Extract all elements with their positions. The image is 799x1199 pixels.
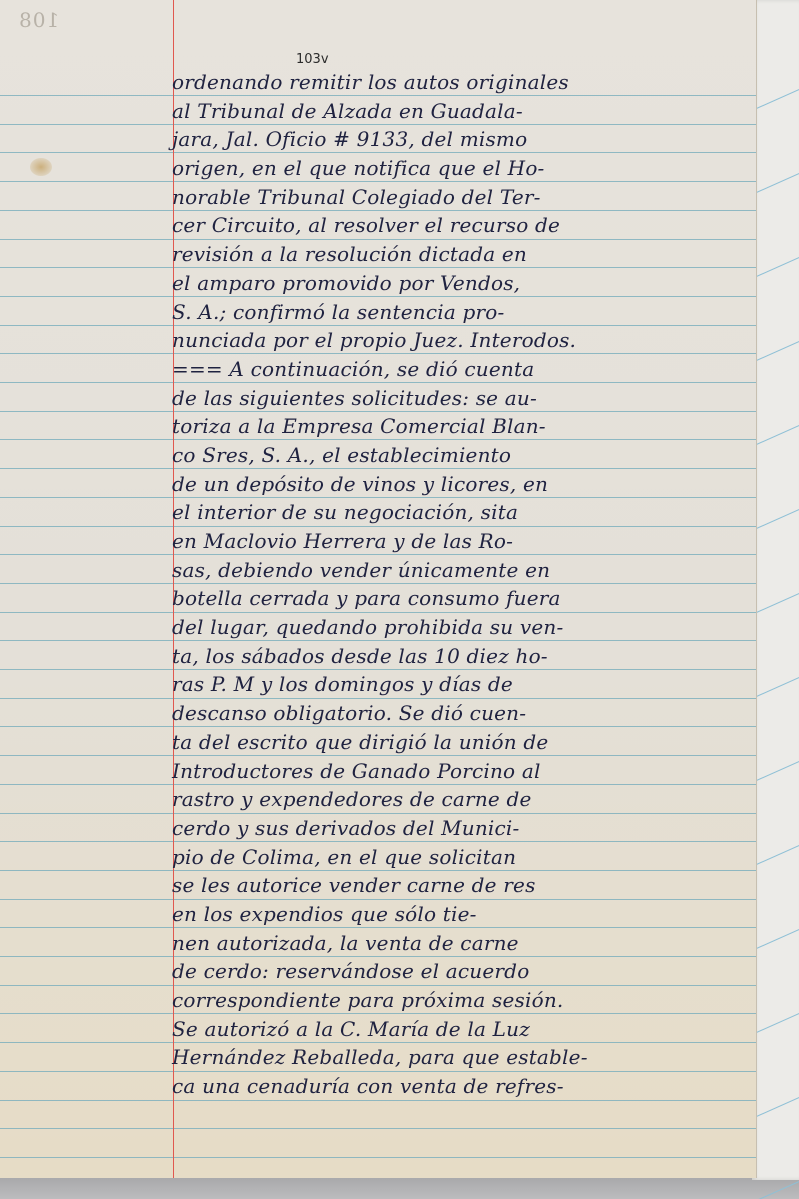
folio-number: 103v [296,52,329,67]
text-line: nunciada por el propio Juez. Interodos. [172,326,762,355]
text-line: de un depósito de vinos y licores, en [172,470,762,499]
text-line: co Sres, S. A., el establecimiento [172,441,762,470]
ruled-line [0,1157,756,1158]
text-line: cer Circuito, al resolver el recurso de [172,211,762,240]
text-line: botella cerrada y para consumo fuera [172,584,762,613]
desk-background [0,1178,799,1199]
ruled-line [0,1128,756,1129]
text-line: se les autorice vender carne de res [172,871,762,900]
handwritten-text-block: ordenando remitir los autos originales a… [172,68,762,1101]
text-line: Introductores de Ganado Porcino al [172,757,762,786]
text-line: ca una cenaduría con venta de refres- [172,1072,762,1101]
text-line: pio de Colima, en el que solicitan [172,843,762,872]
text-line: correspondiente para próxima sesión. [172,986,762,1015]
text-line: rastro y expendedores de carne de [172,785,762,814]
text-line: Hernández Reballeda, para que estable- [172,1043,762,1072]
text-line: Se autorizó a la C. María de la Luz [172,1015,762,1044]
text-line: ordenando remitir los autos originales [172,68,762,97]
text-line: norable Tribunal Colegiado del Ter- [172,183,762,212]
text-line: el amparo promovido por Vendos, [172,269,762,298]
text-line: en Maclovio Herrera y de las Ro- [172,527,762,556]
text-line: del lugar, quedando prohibida su ven- [172,613,762,642]
text-line: nen autorizada, la venta de carne [172,929,762,958]
text-line: cerdo y sus derivados del Munici- [172,814,762,843]
paper-stain [30,158,52,176]
ledger-page: 108 103v ordenando remitir los autos ori… [0,0,757,1178]
text-line: en los expendios que sólo tie- [172,900,762,929]
text-line: S. A.; confirmó la sentencia pro- [172,298,762,327]
text-line: descanso obligatorio. Se dió cuen- [172,699,762,728]
text-line: sas, debiendo vender únicamente en [172,556,762,585]
text-line: origen, en el que notifica que el Ho- [172,154,762,183]
text-line: de las siguientes solicitudes: se au- [172,384,762,413]
text-line: el interior de su negociación, sita [172,498,762,527]
text-line: revisión a la resolución dictada en [172,240,762,269]
text-line: ta del escrito que dirigió la unión de [172,728,762,757]
text-line: ras P. M y los domingos y días de [172,670,762,699]
text-line: toriza a la Empresa Comercial Blan- [172,412,762,441]
text-line: ta, los sábados desde las 10 diez ho- [172,642,762,671]
bleed-through-page-number: 108 [18,8,59,32]
text-line: al Tribunal de Alzada en Guadala- [172,97,762,126]
text-line: jara, Jal. Oficio # 9133, del mismo [172,125,762,154]
text-line: de cerdo: reservándose el acuerdo [172,957,762,986]
text-line: === A continuación, se dió cuenta [172,355,762,384]
